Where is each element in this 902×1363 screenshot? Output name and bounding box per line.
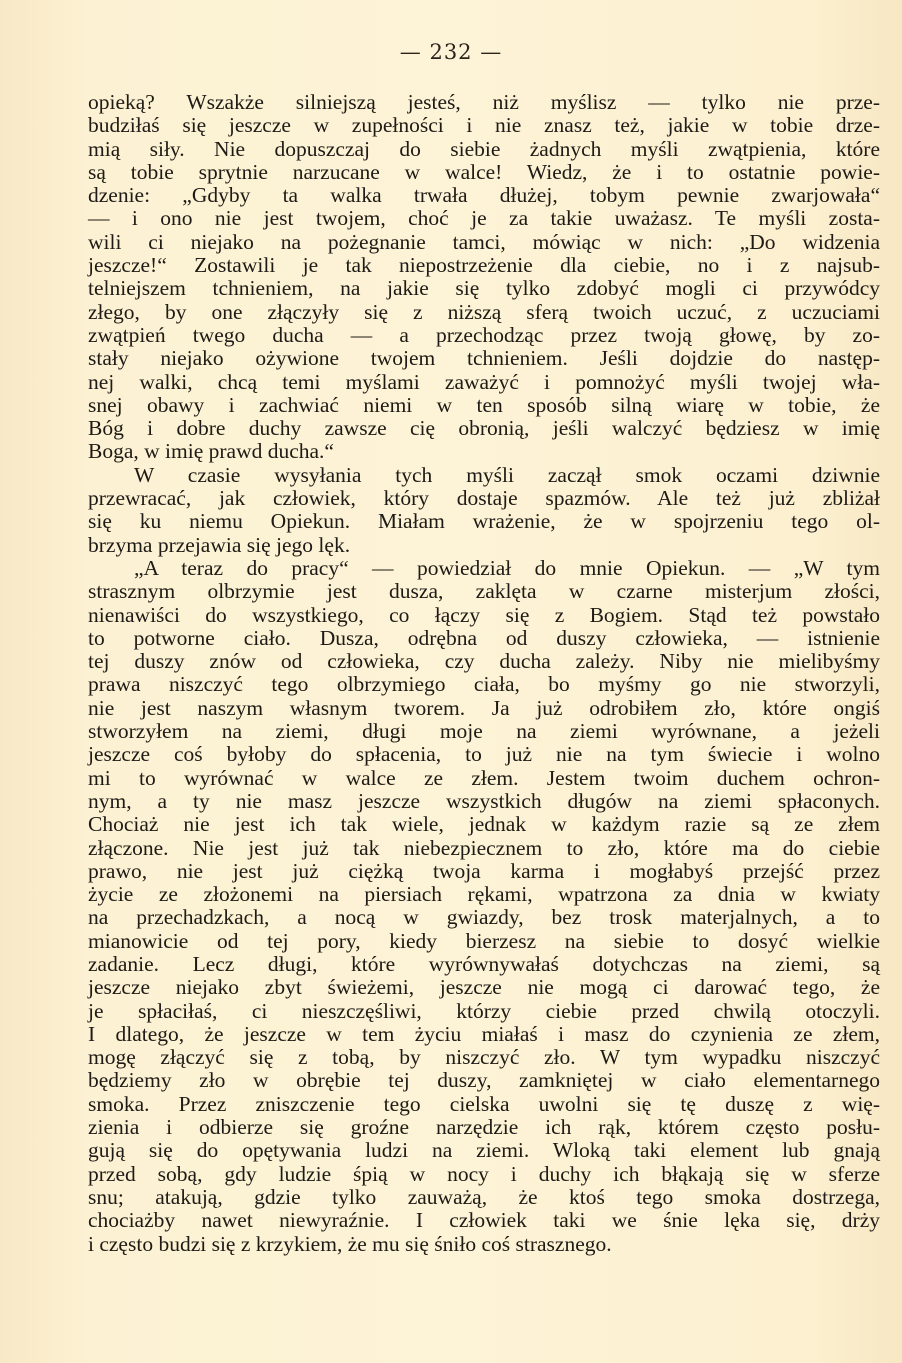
text-line: wili ci niejako na pożegnanie tamci, mów… [88,231,880,254]
text-line: dzenie: „Gdyby ta walka trwała dłużej, t… [88,184,880,207]
text-line: prawo, nie jest już ciężką twoja karma i… [88,860,880,883]
text-line: prawa niszczyć tego olbrzymiego ciała, b… [88,673,880,696]
text-line: przewracać, jak człowiek, który dostaje … [88,487,880,510]
text-line: się ku niemu Opiekun. Miałam wrażenie, ż… [88,510,880,533]
text-line: — i ono nie jest twojem, choć je za taki… [88,207,880,230]
text-line: „A teraz do pracy“ — powiedział do mnie … [88,557,880,580]
text-line: nienawiści do wszystkiego, co łączy się … [88,604,880,627]
text-line: I dlatego, że jeszcze w tem życiu miałaś… [88,1023,880,1046]
book-page: — 232 — opieką? Wszakże silniejszą jeste… [0,0,902,1363]
text-line: mianowicie od tej pory, kiedy bierzesz n… [88,930,880,953]
text-line: W czasie wysyłania tych myśli zaczął smo… [88,464,880,487]
text-line: chociażby nawet niewyraźnie. I człowiek … [88,1209,880,1232]
text-line: Boga, w imię prawd ducha.“ [88,440,880,463]
text-line: je spłaciłaś, ci nieszczęśliwi, którzy c… [88,1000,880,1023]
text-line: mogę złączyć się z tobą, by niszczyć zło… [88,1046,880,1069]
text-line: jeszcze coś byłoby do spłacenia, to już … [88,743,880,766]
text-line: brzyma przejawia się jego lęk. [88,534,880,557]
text-line: życie ze złożonemi na piersiach rękami, … [88,883,880,906]
text-line: przed sobą, gdy ludzie śpią w nocy i duc… [88,1163,880,1186]
text-line: tej duszy znów od człowieka, czy ducha z… [88,650,880,673]
text-line: to potworne ciało. Dusza, odrębna od dus… [88,627,880,650]
text-line: strasznym olbrzymie jest dusza, zaklęta … [88,580,880,603]
text-line: nej walki, chcą temi myślami zaważyć i p… [88,371,880,394]
text-line: stały niejako ożywione twojem tchnieniem… [88,347,880,370]
text-line: mi to wyrównać w walce ze złem. Jestem t… [88,767,880,790]
text-line: snej obawy i zachwiać niemi w ten sposób… [88,394,880,417]
body-text: opieką? Wszakże silniejszą jesteś, niż m… [88,91,880,1256]
text-line: złego, by one złączyły się z niższą sfer… [88,301,880,324]
text-line: nym, a ty nie masz jeszcze wszystkich dł… [88,790,880,813]
text-line: smoka. Przez zniszczenie tego cielska uw… [88,1093,880,1116]
text-line: złączone. Nie jest już tak niebezpieczne… [88,837,880,860]
text-line: jeszcze!“ Zostawili je tak niepostrzeżen… [88,254,880,277]
text-line: są tobie sprytnie narzucane w walce! Wie… [88,161,880,184]
page-number: — 232 — [0,40,902,64]
text-line: gują się do opętywania ludzi na ziemi. W… [88,1139,880,1162]
text-line: zwątpień twego ducha — a przechodząc prz… [88,324,880,347]
text-line: telniejszem tchnieniem, na jakie się tyl… [88,277,880,300]
text-line: nie jest naszym własnym tworem. Ja już o… [88,697,880,720]
text-line: i często budzi się z krzykiem, że mu się… [88,1233,880,1256]
text-line: mią siły. Nie dopuszczaj do siebie żadny… [88,138,880,161]
text-line: Bóg i dobre duchy zawsze cię obronią, je… [88,417,880,440]
text-line: zadanie. Lecz długi, które wyrównywałaś … [88,953,880,976]
text-line: opieką? Wszakże silniejszą jesteś, niż m… [88,91,880,114]
text-line: jeszcze niejako zbyt świeżemi, jeszcze n… [88,976,880,999]
text-line: zienia i odbierze się groźne narzędzie i… [88,1116,880,1139]
text-line: Chociaż nie jest ich tak wiele, jednak w… [88,813,880,836]
text-line: na przechadzkach, a nocą w gwiazdy, bez … [88,906,880,929]
text-line: snu; atakują, gdzie tylko zauważą, że kt… [88,1186,880,1209]
text-line: stworzyłem na ziemi, długi moje na ziemi… [88,720,880,743]
text-line: będziemy zło w obrębie tej duszy, zamkni… [88,1069,880,1092]
text-line: budziłaś się jeszcze w zupełności i nie … [88,114,880,137]
